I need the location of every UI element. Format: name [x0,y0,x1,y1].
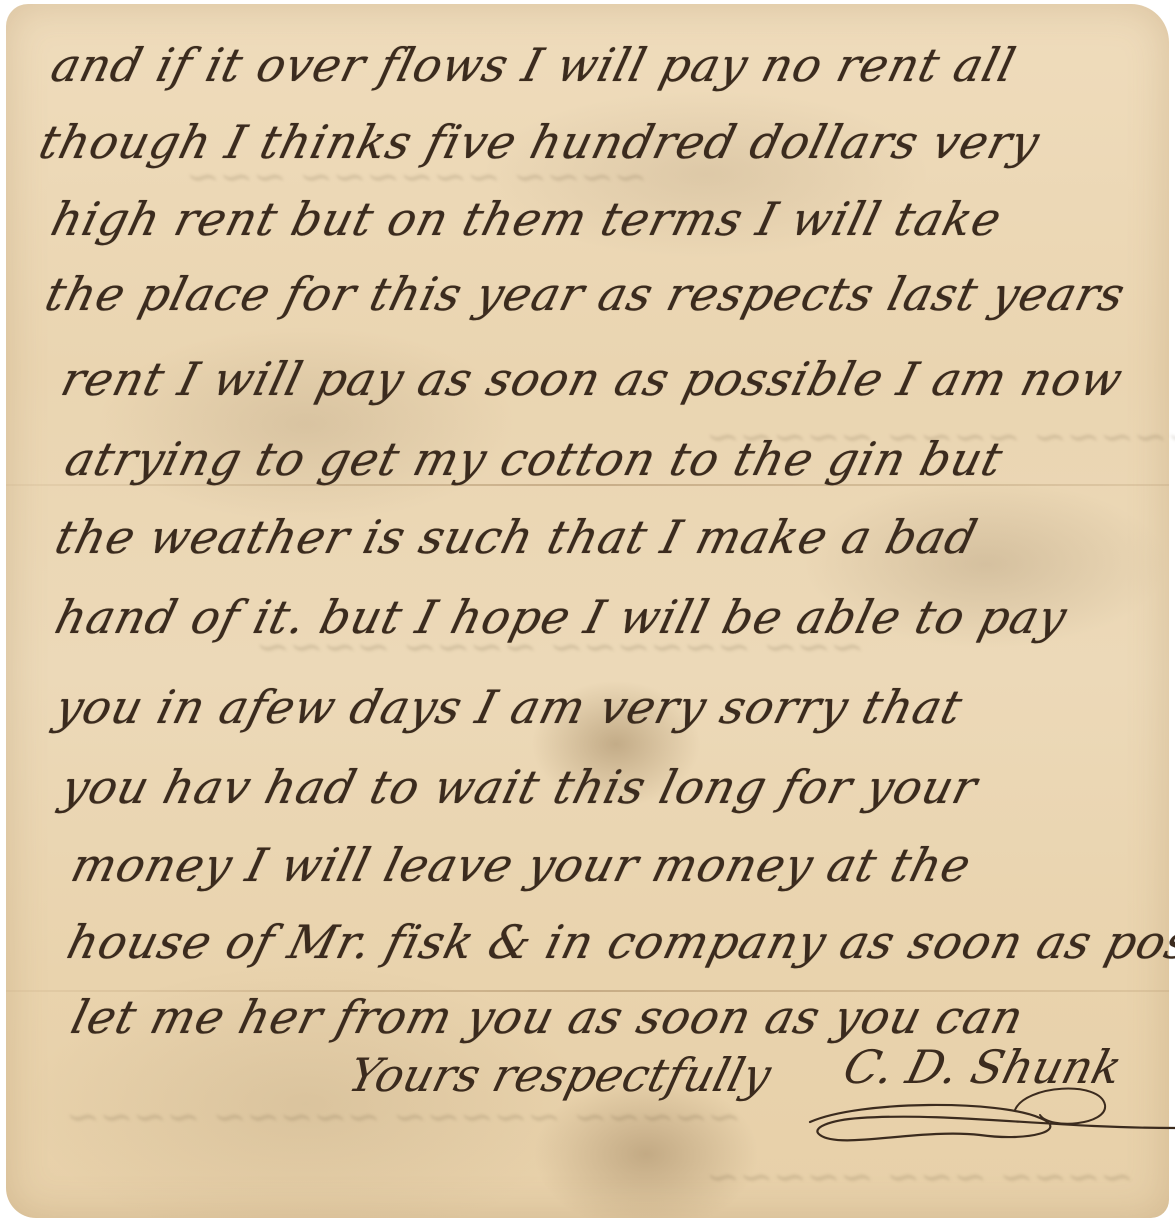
letter-line: you hav had to wait this long for your [56,760,983,814]
letter-line: and if it over flows I will pay no rent … [46,38,1021,92]
signature-flourish-icon [800,1080,1175,1150]
closing-salutation: Yours respectfully [343,1048,776,1102]
letter-line: hand of it. but I hope I will be able to… [50,590,1073,644]
letter-line: though I thinks five hundred dollars ver… [34,115,1046,169]
letter-line: money I will leave your money at the [66,838,977,892]
letter-body: and if it over flows I will pay no rent … [0,0,1175,1221]
letter-line: the place for this year as respects last… [40,267,1131,321]
letter-line: let me her from you as soon as you can [66,990,1030,1044]
letter-line: you in afew days I am very sorry that [50,680,968,734]
letter-line: house of Mr. fisk & in company as soon a… [62,915,1175,969]
letter-line: rent I will pay as soon as possible I am… [56,352,1129,406]
letter-line: high rent but on them terms I will take [46,192,1008,246]
letter-line: atrying to get my cotton to the gin but [60,432,1009,486]
letter-line: the weather is such that I make a bad [50,510,983,564]
